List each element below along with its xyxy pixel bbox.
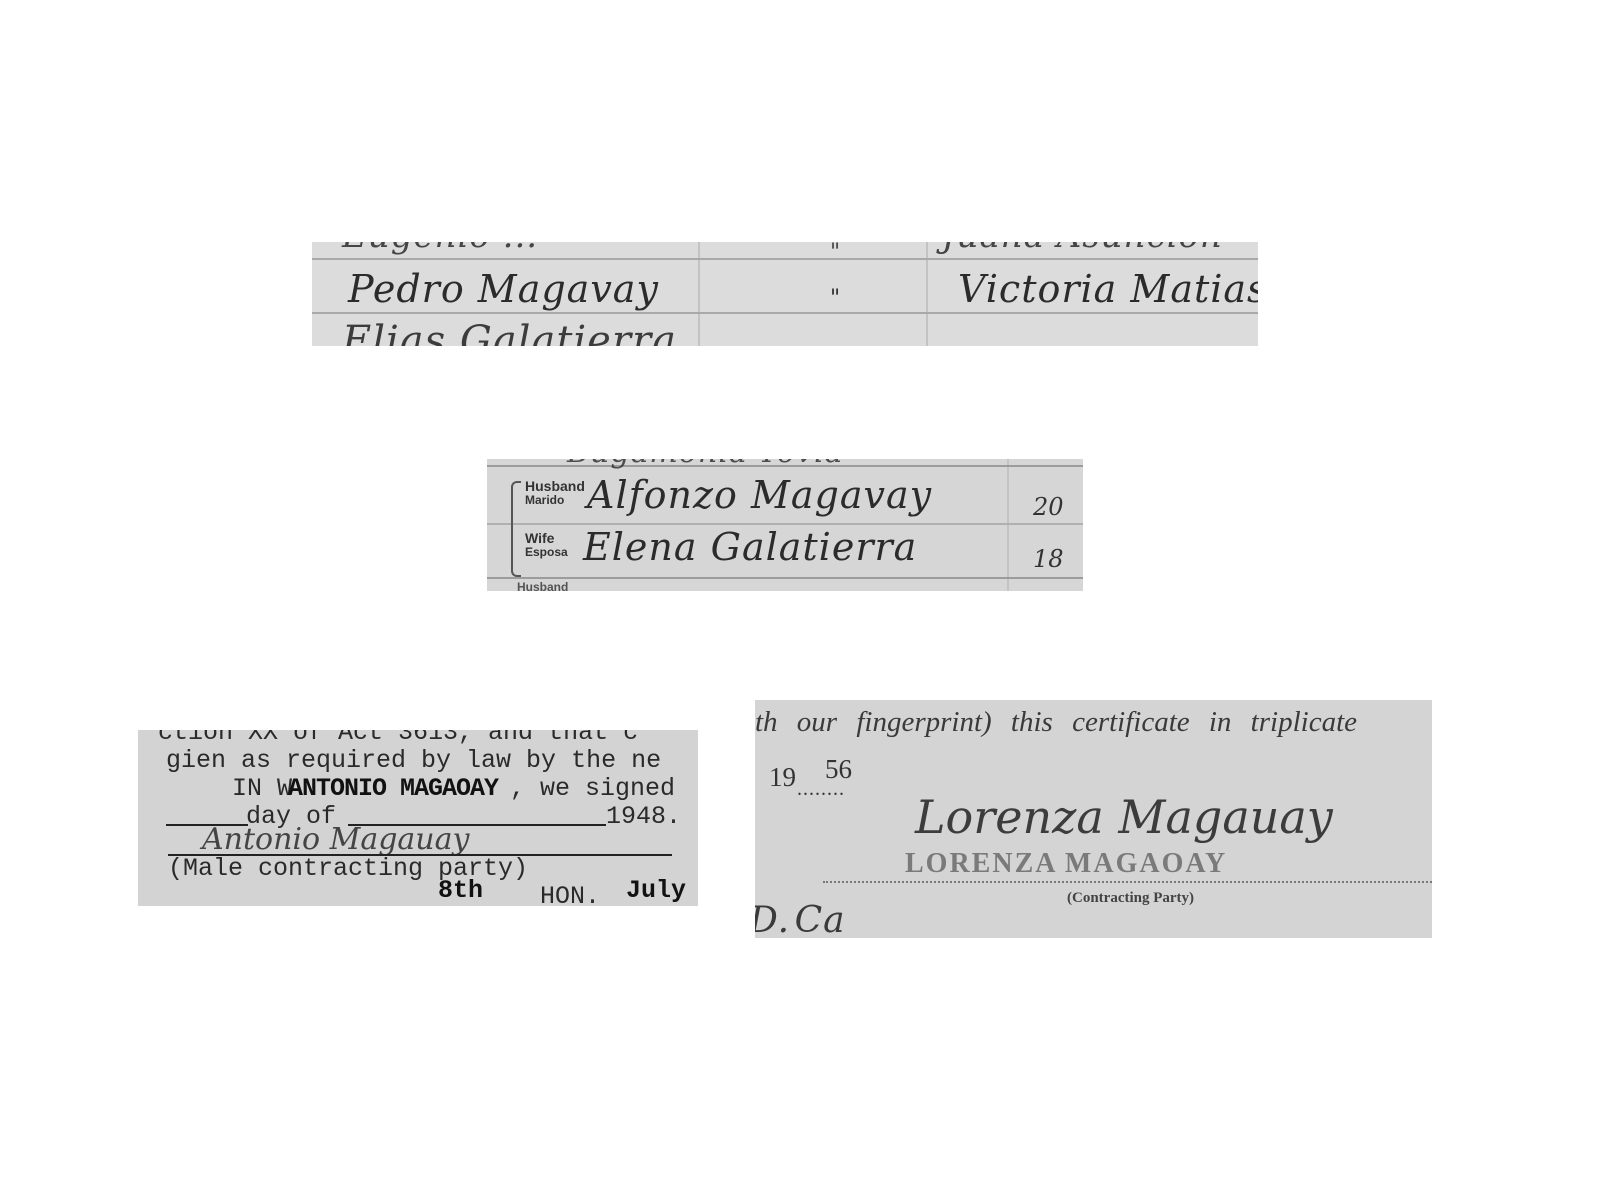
certificate-text-line: th our fingerprint) this certificate in … [755,706,1357,739]
contracting-party-caption: (Contracting Party) [1067,890,1194,907]
husband-label-en: Husband [525,479,585,493]
husband-label: Husband Marido [525,479,585,507]
ledger-spouse-above: Juana Asuncion [942,242,1223,256]
contracting-party-signature: Lorenza Magauay [915,790,1333,844]
partial-handwriting: D. Ca [755,900,846,938]
male-party-signature: Antonio Magauay [202,822,469,857]
husband-age: 20 [1033,493,1064,521]
certificate-line-suffix: , we signed [510,774,675,803]
wife-name: Elena Galatierra [583,525,917,569]
ledger-name: Pedro Magavay [348,267,659,311]
certificate-line: ction XX of Act 3613, and that c [158,730,638,747]
certificate-line-prefix: IN W [232,774,292,803]
year-prefix: 19 [769,762,796,793]
ledger-spouse-below: ... [952,318,993,346]
ditto-mark: " [830,286,841,311]
ruled-line [312,258,1258,260]
name-stamp: LORENZA MAGAOAY [905,848,1227,880]
ledger-name-below: Elias Galatierra [342,318,677,346]
ditto-mark: " [830,242,841,265]
year-suffix: 56 [825,754,852,785]
husband-name: Alfonzo Magavay [587,473,932,517]
bracket [511,481,521,577]
certificate-1948-fragment: ction XX of Act 3613, and that c gien as… [138,730,698,906]
signature-dotted-line [823,881,1432,883]
overprint-day: 8th [438,876,483,905]
ruled-line [487,577,1083,579]
overprinted-name: ANTONIO MAGAOAY [288,774,498,803]
overprint-hon: HON. [540,882,600,906]
ledger-name-above: Eugenio ... [342,242,538,256]
certificate-line: gien as required by law by the ne [166,746,661,775]
ledger-fragment: Eugenio ... " Juana Asuncion Pedro Magav… [312,242,1258,346]
column-divider [1007,459,1009,591]
wife-age: 18 [1033,545,1064,573]
wife-label-en: Wife [525,531,568,545]
wife-label: Wife Esposa [525,531,568,559]
certificate-1956-fragment: th our fingerprint) this certificate in … [755,700,1432,938]
certificate-year: 1948. [606,802,681,831]
ledger-spouse: Victoria Matias [958,267,1258,311]
next-husband-label: Husband [517,580,568,591]
marriage-register-fragment: Bugamonia Tovia Husband Marido Wife Espo… [487,459,1083,591]
ruled-line [312,312,1258,314]
husband-label-es: Marido [525,493,585,507]
register-name-above: Bugamonia Tovia [567,459,843,470]
overprint-month: July [626,876,686,905]
wife-label-es: Esposa [525,545,568,559]
